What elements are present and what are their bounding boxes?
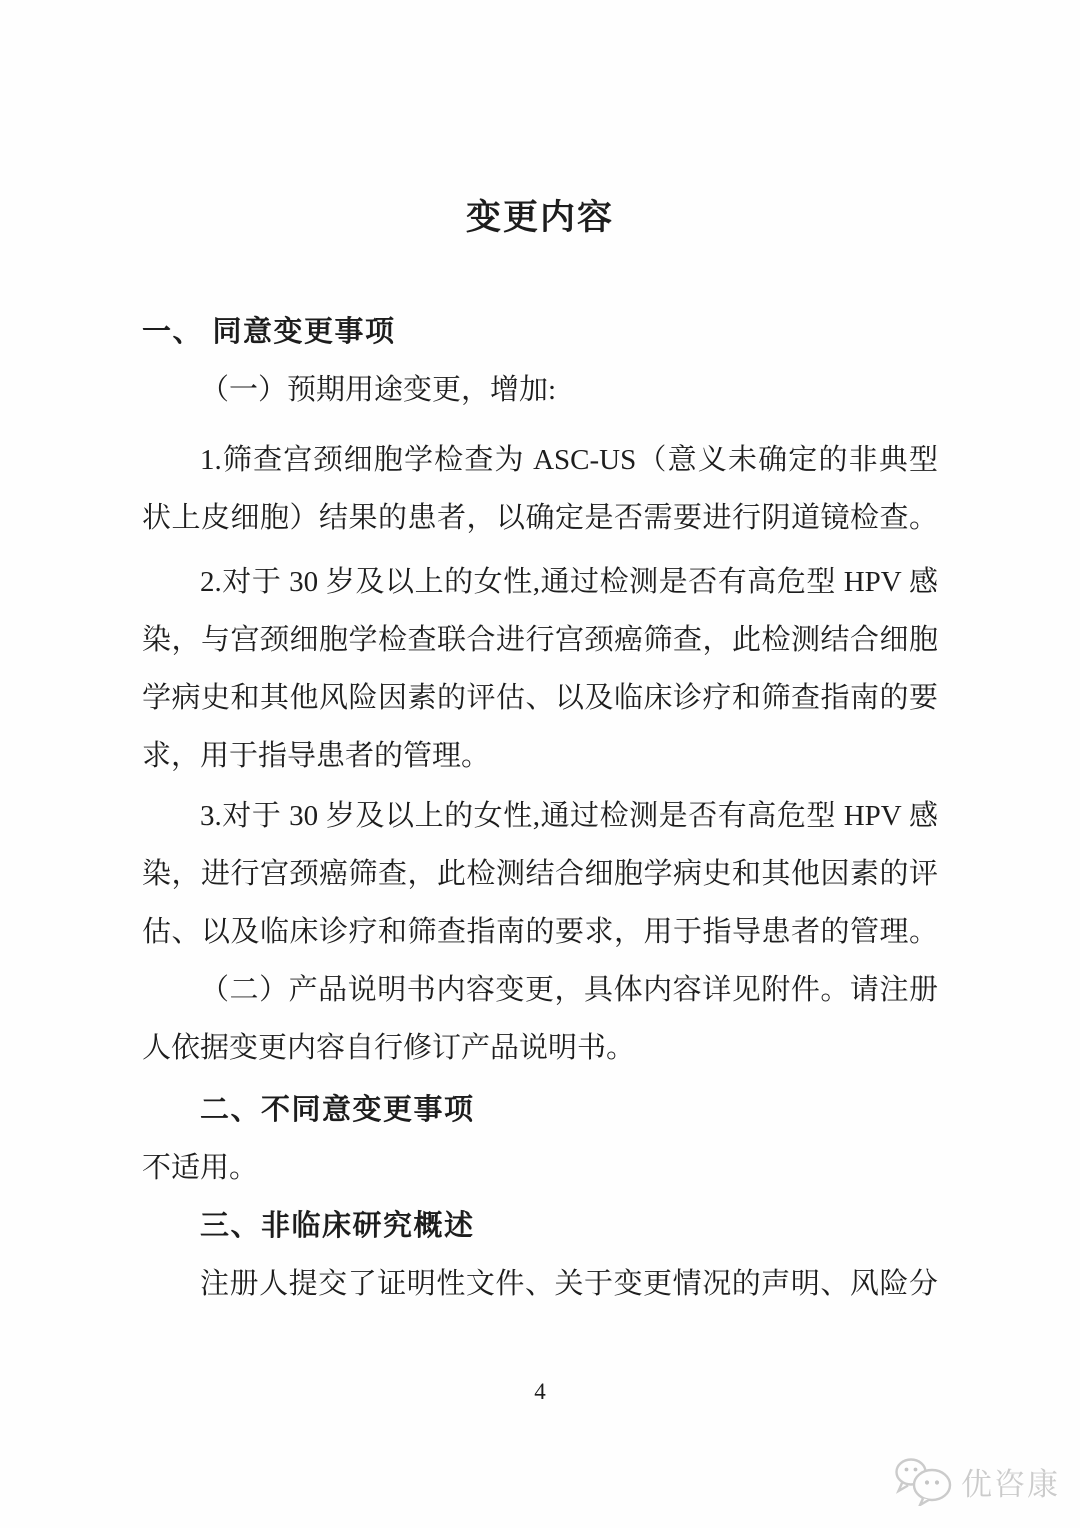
page-number: 4 xyxy=(0,1379,1080,1405)
chat-bubbles-icon xyxy=(892,1456,954,1506)
item-3-line: 3.对于 30 岁及以上的女性,通过检测是否有高危型 HPV 感 xyxy=(142,787,938,845)
item-3-line: 估、以及临床诊疗和筛查指南的要求，用于指导患者的管理。 xyxy=(142,903,938,961)
subsection-1-heading: （一）预期用途变更，增加: xyxy=(142,361,938,419)
item-2-line: 求，用于指导患者的管理。 xyxy=(142,727,938,785)
document-body: 一、 同意变更事项 （一）预期用途变更，增加: 1.筛查宫颈细胞学检查为 ASC… xyxy=(142,303,938,1313)
subsection-2-line: （二）产品说明书内容变更，具体内容详见附件。请注册 xyxy=(142,961,938,1019)
subsection-2-line: 人依据变更内容自行修订产品说明书。 xyxy=(142,1019,938,1077)
watermark-brand: 优咨康 xyxy=(961,1459,1060,1504)
item-2-line: 学病史和其他风险因素的评估、以及临床诊疗和筛查指南的要 xyxy=(142,669,938,727)
item-1-line: 1.筛查宫颈细胞学检查为 ASC-US（意义未确定的非典型鳞 xyxy=(142,431,938,489)
section-2-body: 不适用。 xyxy=(142,1139,938,1197)
item-3-line: 染，进行宫颈癌筛查，此检测结合细胞学病史和其他因素的评 xyxy=(142,845,938,903)
item-1-line: 状上皮细胞）结果的患者，以确定是否需要进行阴道镜检查。 xyxy=(142,489,938,547)
watermark: 优咨康 xyxy=(892,1456,1060,1506)
item-2-line: 2.对于 30 岁及以上的女性,通过检测是否有高危型 HPV 感 xyxy=(142,553,938,611)
section-2-heading: 二、不同意变更事项 xyxy=(142,1081,938,1139)
document-title: 变更内容 xyxy=(0,190,1080,240)
document-page: 变更内容 一、 同意变更事项 （一）预期用途变更，增加: 1.筛查宫颈细胞学检查… xyxy=(0,0,1080,1528)
section-3-body-line: 注册人提交了证明性文件、关于变更情况的声明、风险分 xyxy=(142,1255,938,1313)
section-1-heading: 一、 同意变更事项 xyxy=(142,303,938,361)
section-3-heading: 三、非临床研究概述 xyxy=(142,1197,938,1255)
item-2-line: 染，与宫颈细胞学检查联合进行宫颈癌筛查，此检测结合细胞 xyxy=(142,611,938,669)
